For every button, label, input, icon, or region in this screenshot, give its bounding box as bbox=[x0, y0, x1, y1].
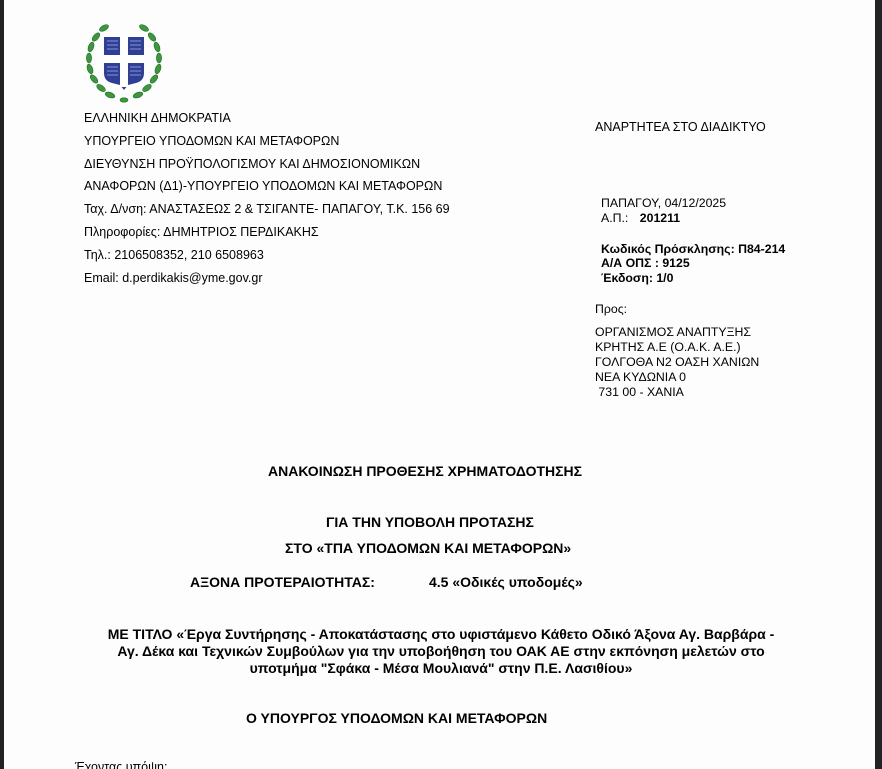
greek-coat-of-arms-icon bbox=[84, 15, 164, 105]
considering-intro: Έχοντας υπόψη: bbox=[75, 760, 167, 769]
priority-axis-label: ΑΞΟΝΑ ΠΡΟΤΕΡΑΙΟΤΗΤΑΣ: bbox=[190, 574, 375, 590]
subtitle-1: ΓΙΑ ΤΗΝ ΥΠΟΒΟΛΗ ΠΡΟΤΑΣΗΣ bbox=[326, 514, 534, 530]
priority-axis-value: 4.5 «Οδικές υποδομές» bbox=[429, 574, 583, 590]
project-title: ΜΕ ΤΙΤΛΟ «Έργα Συντήρησης - Αποκατάσταση… bbox=[0, 626, 882, 677]
project-title-line: ΜΕ ΤΙΤΛΟ «Έργα Συντήρησης - Αποκατάσταση… bbox=[0, 626, 882, 643]
protocol-number: 201211 bbox=[640, 211, 680, 225]
recipient-line: ΚΡΗΤΗΣ Α.Ε (Ο.Α.Κ. Α.Ε.) bbox=[595, 340, 759, 355]
ops-number: Α/Α ΟΠΣ : 9125 bbox=[601, 256, 690, 270]
subtitle-2: ΣΤΟ «ΤΠΑ ΥΠΟΔΟΜΩΝ ΚΑΙ ΜΕΤΑΦΟΡΩΝ» bbox=[285, 540, 571, 556]
announcement-title: ΑΝΑΚΟΙΝΩΣΗ ΠΡΟΘΕΣΗΣ ΧΡΗΜΑΤΟΔΟΤΗΣΗΣ bbox=[268, 463, 582, 479]
place-date: ΠΑΠΑΓΟΥ, 04/12/2025 bbox=[601, 196, 726, 210]
sender-line-contact-person: Πληροφορίες: ΔΗΜΗΤΡΙΟΣ ΠΕΡΔΙΚΑΚΗΣ bbox=[84, 221, 450, 244]
sender-line-email[interactable]: Email: d.perdikakis@yme.gov.gr bbox=[84, 267, 450, 290]
protocol-label: Α.Π.: bbox=[601, 211, 628, 225]
protocol-line: Α.Π.: 201211 bbox=[601, 211, 680, 225]
recipient-line: ΟΡΓΑΝΙΣΜΟΣ ΑΝΑΠΤΥΞΗΣ bbox=[595, 325, 759, 340]
recipient-line: ΝΕΑ ΚΥΔΩΝΙΑ 0 bbox=[595, 370, 759, 385]
viewer-right-border bbox=[875, 0, 882, 769]
recipient-label: Προς: bbox=[595, 302, 627, 316]
recipient-block: ΟΡΓΑΝΙΣΜΟΣ ΑΝΑΠΤΥΞΗΣ ΚΡΗΤΗΣ Α.Ε (Ο.Α.Κ. … bbox=[595, 325, 759, 400]
sender-line-directorate: ΔΙΕΥΘΥΝΣΗ ΠΡΟΫΠΟΛΟΓΙΣΜΟΥ ΚΑΙ ΔΗΜΟΣΙΟΝΟΜΙ… bbox=[84, 153, 450, 176]
posting-note: ΑΝΑΡΤΗΤΕΑ ΣΤΟ ΔΙΑΔΙΚΤΥΟ bbox=[595, 120, 766, 134]
recipient-line: ΓΟΛΓΟΘΑ Ν2 ΟΑΣΗ ΧΑΝΙΩΝ bbox=[595, 355, 759, 370]
sender-line-directorate-cont: ΑΝΑΦΟΡΩΝ (Δ1)-ΥΠΟΥΡΓΕΙΟ ΥΠΟΔΟΜΩΝ ΚΑΙ ΜΕΤ… bbox=[84, 175, 450, 198]
sender-line-phone: Τηλ.: 2106508352, 210 6508963 bbox=[84, 244, 450, 267]
sender-block: ΕΛΛΗΝΙΚΗ ΔΗΜΟΚΡΑΤΙΑ ΥΠΟΥΡΓΕΙΟ ΥΠΟΔΟΜΩΝ Κ… bbox=[84, 107, 450, 289]
sender-line-country: ΕΛΛΗΝΙΚΗ ΔΗΜΟΚΡΑΤΙΑ bbox=[84, 107, 450, 130]
call-code: Κωδικός Πρόσκλησης: Π84-214 bbox=[601, 242, 785, 256]
sender-line-address: Ταχ. Δ/νση: ΑΝΑΣΤΑΣΕΩΣ 2 & ΤΣΙΓΑΝΤΕ- ΠΑΠ… bbox=[84, 198, 450, 221]
project-title-line: υποτμήμα "Σφάκα - Μέσα Μουλιανά" στην Π.… bbox=[0, 660, 882, 677]
project-title-line: Αγ. Δέκα και Τεχνικών Συμβούλων για την … bbox=[0, 643, 882, 660]
sender-line-ministry: ΥΠΟΥΡΓΕΙΟ ΥΠΟΔΟΜΩΝ ΚΑΙ ΜΕΤΑΦΟΡΩΝ bbox=[84, 130, 450, 153]
recipient-line: 731 00 - ΧΑΝΙΑ bbox=[595, 385, 759, 400]
minister-heading: Ο ΥΠΟΥΡΓΟΣ ΥΠΟΔΟΜΩΝ ΚΑΙ ΜΕΤΑΦΟΡΩΝ bbox=[246, 710, 547, 726]
version: Έκδοση: 1/0 bbox=[601, 271, 673, 285]
